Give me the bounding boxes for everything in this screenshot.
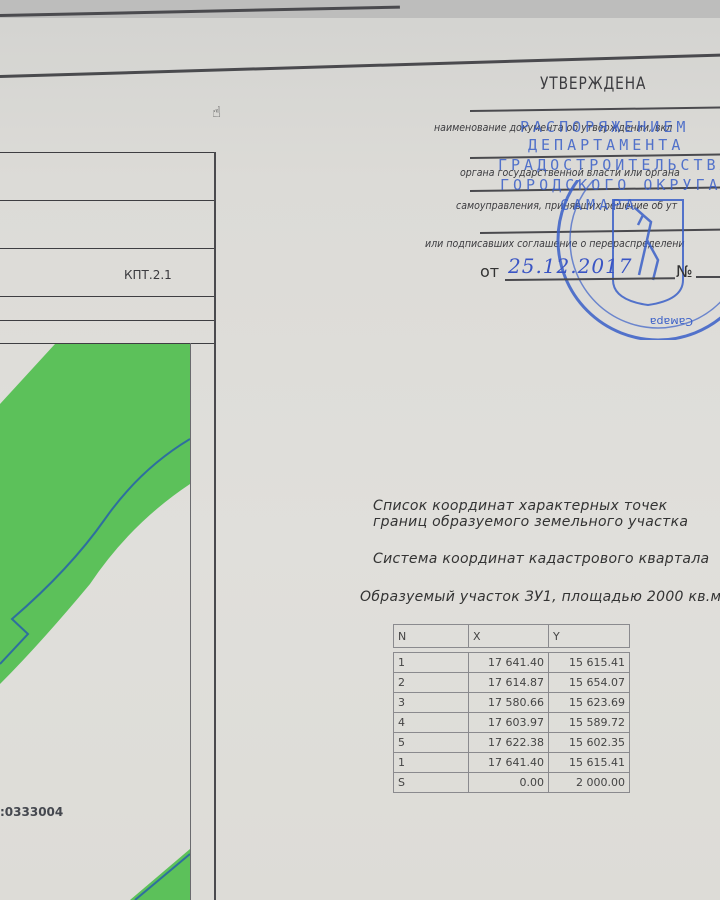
frame-inner-line: [190, 343, 191, 900]
cell-n: 3: [394, 693, 469, 713]
stamp-line-1: РАСПОРЯЖЕНИЕМ: [520, 118, 689, 136]
table-header-row: N X Y: [394, 625, 630, 648]
cell-y: 2 000.00: [549, 773, 630, 793]
table-row: 5 17 622.38 15 602.35: [394, 733, 630, 753]
cell-x: 17 641.40: [469, 753, 549, 773]
table-row-area: S 0.00 2 000.00: [394, 773, 630, 793]
land-parcel-area: [130, 849, 190, 900]
table-row: 1 17 641.40 15 615.41: [394, 753, 630, 773]
coord-system-heading: Система координат кадастрового квартала: [373, 551, 709, 567]
coordinates-table: N X Y 1 17 641.40 15 615.41 2 17 614.87 …: [393, 624, 630, 793]
sheet-code: КПТ.2.1: [124, 268, 172, 282]
table-row: 1 17 641.40 15 615.41: [394, 653, 630, 673]
fill-line: [470, 106, 720, 112]
number-prefix: №: [676, 262, 693, 281]
parcel-heading: Образуемый участок ЗУ1, площадью 2000 кв…: [360, 589, 720, 605]
header-x: X: [469, 625, 549, 648]
cell-x: 17 622.38: [469, 733, 549, 753]
coords-heading-1: Список координат характерных точек: [373, 498, 667, 514]
title-block-row-line: [0, 200, 215, 201]
cell-y: 15 615.41: [549, 653, 630, 673]
cell-x: 0.00: [469, 773, 549, 793]
stamp-line-3: ГРАДОСТРОИТЕЛЬСТВА: [498, 156, 720, 174]
cell-y: 15 623.69: [549, 693, 630, 713]
title-block-row-line: [0, 296, 215, 297]
date-prefix: от: [480, 262, 499, 281]
number-line: [696, 276, 720, 278]
cadastral-quarter-label: :0333004: [0, 805, 63, 819]
cell-n: 5: [394, 733, 469, 753]
cell-n: 4: [394, 713, 469, 733]
cell-y: 15 589.72: [549, 713, 630, 733]
cell-y: 15 602.35: [549, 733, 630, 753]
cell-y: 15 654.07: [549, 673, 630, 693]
svg-text:Самара: Самара: [650, 315, 693, 328]
title-block-row-line: [0, 320, 215, 321]
stamp-line-2: ДЕПАРТАМЕНТА: [528, 136, 684, 154]
hand-cursor-icon: ☝: [212, 103, 221, 121]
cell-n: S: [394, 773, 469, 793]
cell-x: 17 614.87: [469, 673, 549, 693]
title-block-row-line: [0, 152, 215, 153]
header-n: N: [394, 625, 469, 648]
table-row: 3 17 580.66 15 623.69: [394, 693, 630, 713]
cell-x: 17 603.97: [469, 713, 549, 733]
table-row: 4 17 603.97 15 589.72: [394, 713, 630, 733]
date-value: 25.12.2017: [508, 254, 633, 278]
table-row: 2 17 614.87 15 654.07: [394, 673, 630, 693]
cell-x: 17 641.40: [469, 653, 549, 673]
cell-n: 2: [394, 673, 469, 693]
cell-n: 1: [394, 653, 469, 673]
frame-line: [214, 152, 216, 900]
land-parcel-area: [0, 344, 190, 684]
approval-title: УТВЕРЖДЕНА: [540, 74, 646, 94]
cell-y: 15 615.41: [549, 753, 630, 773]
title-block-row-line: [0, 248, 215, 249]
coords-heading-2: границ образуемого земельного участка: [373, 514, 688, 530]
header-y: Y: [549, 625, 630, 648]
cell-x: 17 580.66: [469, 693, 549, 713]
cell-n: 1: [394, 753, 469, 773]
